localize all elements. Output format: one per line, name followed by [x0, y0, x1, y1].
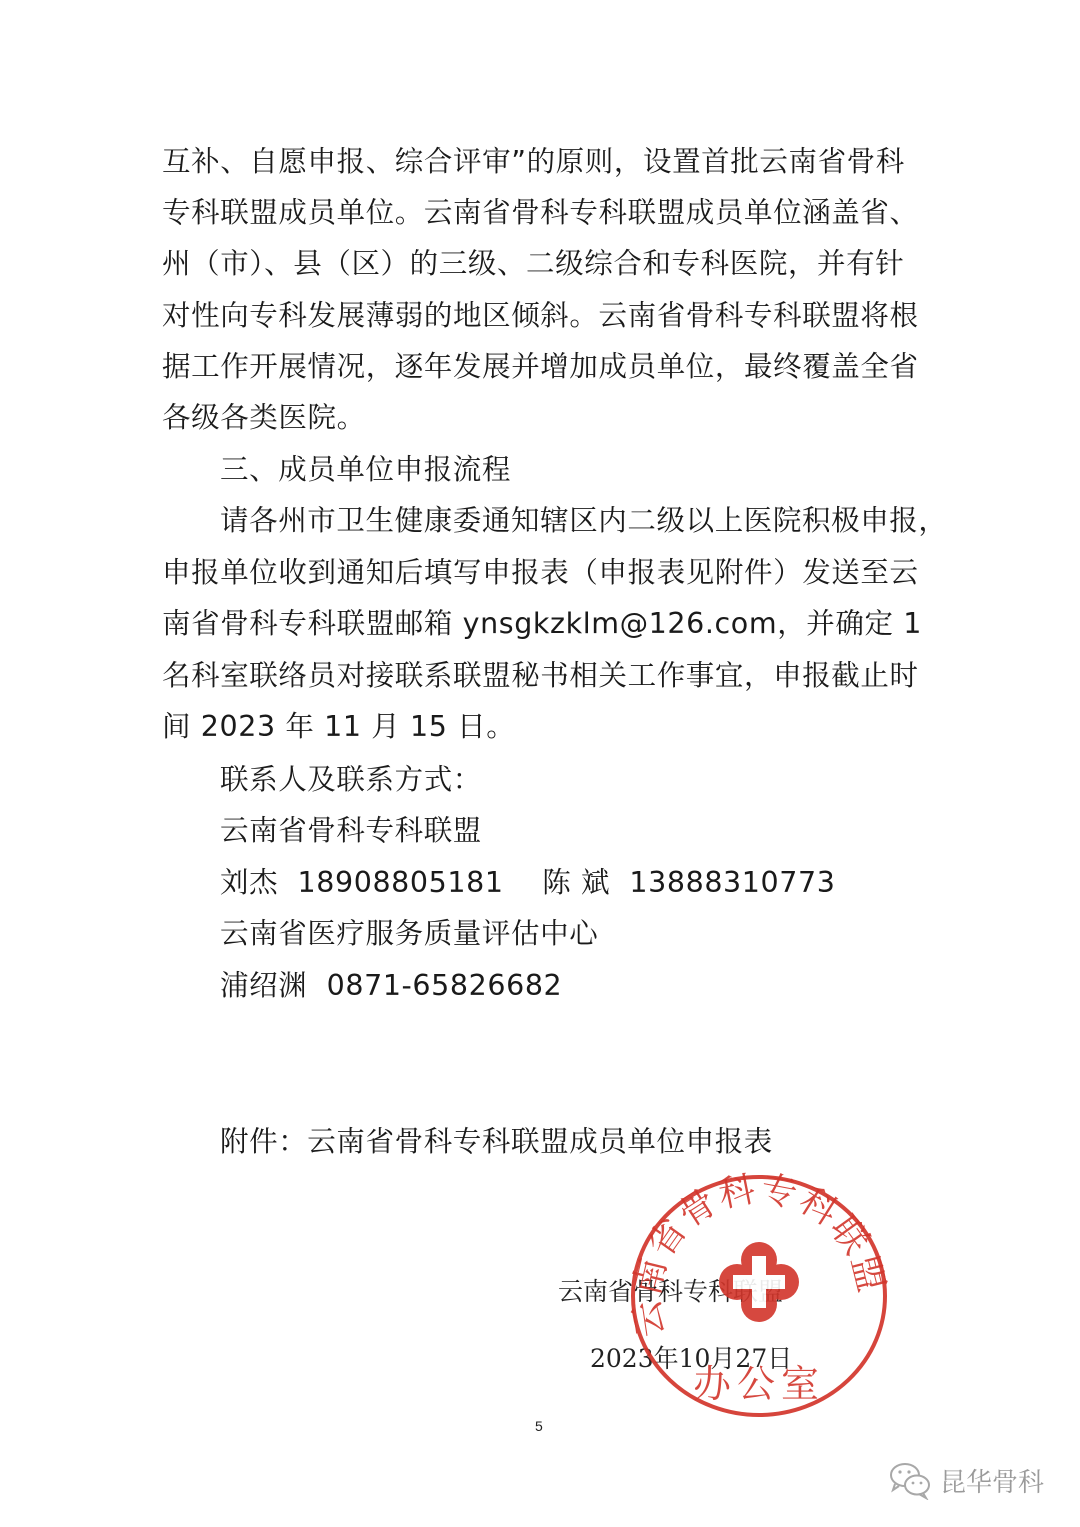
contact-org-quality-center: 云南省医疗服务质量评估中心 [220, 914, 598, 954]
svg-text:云南省骨科专科联盟: 云南省骨科专科联盟 [628, 1172, 890, 1340]
signature-organization: 云南省骨科专科联盟 [558, 1272, 783, 1312]
section-heading: 三、成员单位申报流程 [220, 450, 511, 490]
contact-people-quality-center: 浦绍渊 0871-65826682 [220, 966, 562, 1006]
contact-org-alliance: 云南省骨科专科联盟 [220, 811, 482, 851]
paragraph-2-line: 申报单位收到通知后填写申报表（申报表见附件）发送至云 [162, 553, 919, 593]
paragraph-1-line: 专科联盟成员单位。云南省骨科专科联盟成员单位涵盖省、 [162, 193, 919, 233]
attachment-note: 附件：云南省骨科专科联盟成员单位申报表 [220, 1122, 773, 1162]
contacts-heading: 联系人及联系方式： [220, 760, 482, 800]
paragraph-2-line: 请各州市卫生健康委通知辖区内二级以上医院积极申报， [220, 501, 948, 541]
wechat-icon [888, 1460, 932, 1500]
paragraph-2-line: 南省骨科专科联盟邮箱 ynsgkzklm@126.com，并确定 1 [162, 604, 922, 644]
paragraph-1-line: 互补、自愿申报、综合评审”的原则，设置首批云南省骨科 [162, 142, 905, 182]
wechat-watermark: 昆华骨科 [888, 1460, 1044, 1500]
paragraph-1-line: 据工作开展情况，逐年发展并增加成员单位，最终覆盖全省 [162, 347, 919, 387]
wechat-account-name: 昆华骨科 [940, 1462, 1044, 1499]
paragraph-1-line: 州（市）、县（区）的三级、二级综合和专科医院，并有针 [162, 244, 904, 284]
paragraph-2-line: 名科室联络员对接联系联盟秘书相关工作事宜，申报截止时 [162, 656, 919, 696]
signature-date: 2023年10月27日 [590, 1339, 792, 1379]
page-number: 5 [535, 1418, 543, 1434]
paragraph-1-line: 对性向专科发展薄弱的地区倾斜。云南省骨科专科联盟将根 [162, 296, 919, 336]
contact-people-alliance: 刘杰 18908805181 陈 斌 13888310773 [220, 863, 835, 903]
paragraph-2-line: 间 2023 年 11 月 15 日。 [162, 707, 515, 747]
paragraph-1-line: 各级各类医院。 [162, 398, 366, 438]
